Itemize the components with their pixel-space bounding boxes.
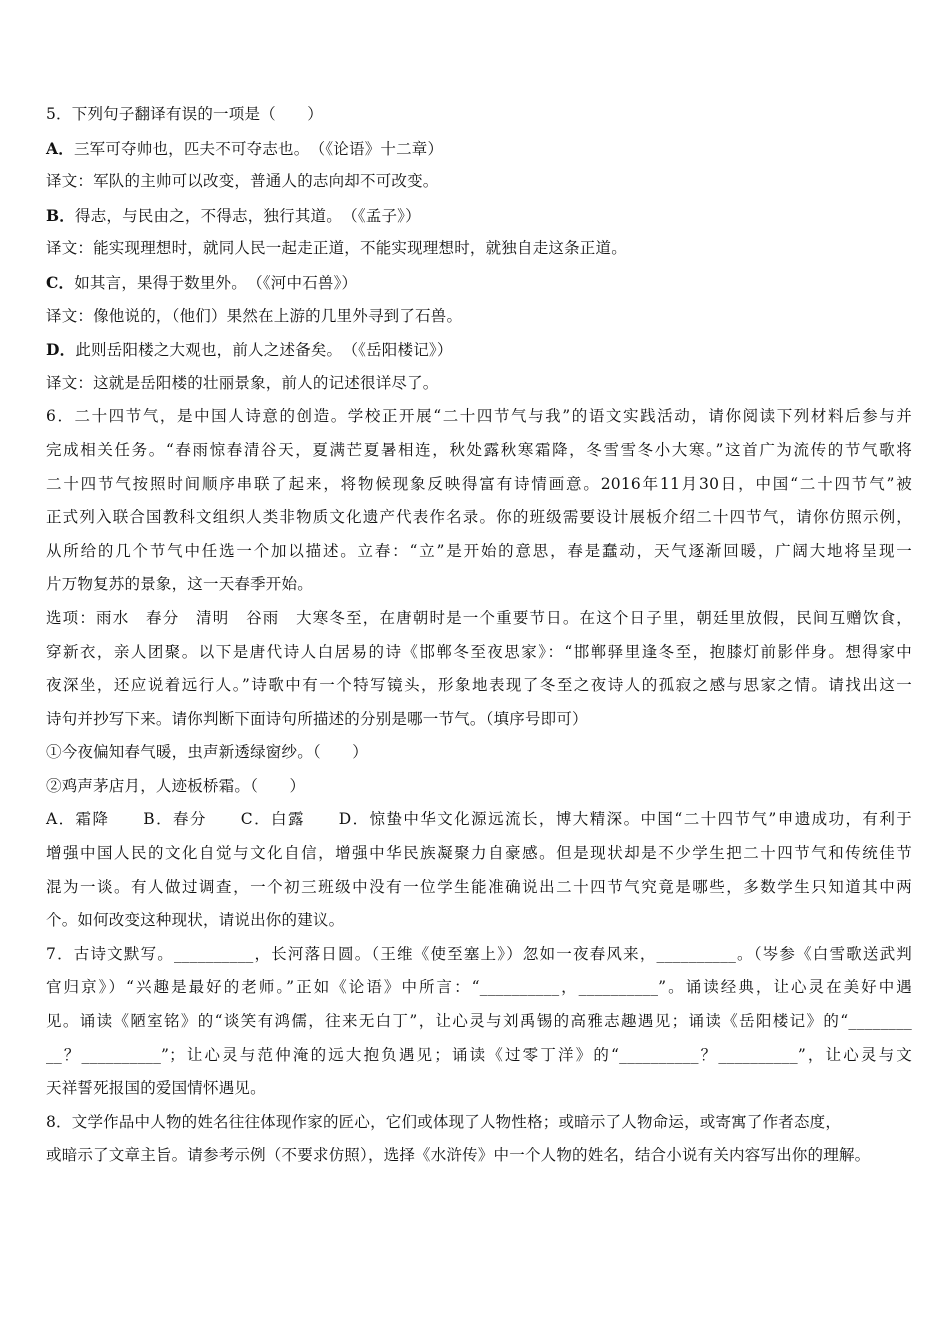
option-letter: D． — [46, 340, 75, 359]
q5-option-b-translation: 译文：能实现理想时，就同人民一起走正道，不能实现理想时，就独自走这条正道。 — [46, 232, 912, 266]
q5-option-c: C．如其言，果得于数里外。 （《河中石兽》） — [46, 266, 912, 300]
q5-stem: 5．下列句子翻译有误的一项是（ ） — [46, 98, 912, 132]
option-letter: C． — [46, 273, 74, 292]
q8-line: 或暗示了文章主旨。请参考示例（不要求仿照），选择《水浒传》中一个人物的姓名，结合… — [46, 1139, 912, 1173]
option-text: 得志，与民由之，不得志，独行其道。 （《孟子》） — [75, 207, 421, 225]
option-letter: A． — [46, 139, 74, 158]
q7-line: __？__________”；让心灵与范仲淹的远大抱负遇见；诵读《过零丁洋》的“… — [46, 1039, 912, 1073]
option-text: 此则岳阳楼之大观也，前人之述备矣。 （《岳阳楼记》） — [75, 341, 452, 359]
q7-line: 官归京》）“兴趣是最好的老师。”正如《论语》中所言：“__________，__… — [46, 971, 912, 1005]
q5-option-c-translation: 译文：像他说的，（他们）果然在上游的几里外寻到了石兽。 — [46, 300, 912, 334]
q6-line: 6．二十四节气，是中国人诗意的创造。学校正开展“二十四节气与我”的语文实践活动，… — [46, 400, 912, 434]
q7-line: 见。诵读《陋室铭》的“谈笑有鸿儒，往来无白丁”，让心灵与刘禹锡的高雅志趣遇见；诵… — [46, 1005, 912, 1039]
q5-option-b: B．得志，与民由之，不得志，独行其道。 （《孟子》） — [46, 199, 912, 233]
q6-line: 片万物复苏的景象，这一天春季开始。 — [46, 568, 912, 602]
q6-line: 正式列入联合国教科文组织人类非物质文化遗产代表作名录。你的班级需要设计展板介绍二… — [46, 501, 912, 535]
q6-line: 个。如何改变这种现状，请说出你的建议。 — [46, 904, 912, 938]
q5-option-a: A．三军可夺帅也，匹夫不可夺志也。 （《论语》十二章） — [46, 132, 912, 166]
q6-line: 选项：雨水 春分 清明 谷雨 大寒冬至，在唐朝时是一个重要节日。在这个日子里，朝… — [46, 602, 912, 636]
q6-poem-2: ②鸡声茅店月，人迹板桥霜。（ ） — [46, 770, 912, 804]
q5-option-d-translation: 译文：这就是岳阳楼的壮丽景象，前人的记述很详尽了。 — [46, 367, 912, 401]
option-letter: B． — [46, 206, 75, 225]
q6-line: 混为一谈。有人做过调查，一个初三班级中没有一位学生能准确说出二十四节气究竟是哪些… — [46, 871, 912, 905]
q8-line: 8．文学作品中人物的姓名往往体现作家的匠心，它们或体现了人物性格；或暗示了人物命… — [46, 1106, 912, 1140]
q6-poem-1: ①今夜偏知春气暖，虫声新透绿窗纱。（ ） — [46, 736, 912, 770]
q6-line: 完成相关任务。“春雨惊春清谷天，夏满芒夏暑相连，秋处露秋寒霜降，冬雪雪冬小大寒。… — [46, 434, 912, 468]
q5-option-a-translation: 译文：军队的主帅可以改变，普通人的志向却不可改变。 — [46, 165, 912, 199]
q5-option-d: D．此则岳阳楼之大观也，前人之述备矣。 （《岳阳楼记》） — [46, 333, 912, 367]
q7-line: 7．古诗文默写。__________，长河落日圆。（王维《使至塞上》）忽如一夜春… — [46, 938, 912, 972]
option-text: 如其言，果得于数里外。 （《河中石兽》） — [74, 274, 357, 292]
q7-line: 天祥誓死报国的爱国情怀遇见。 — [46, 1072, 912, 1106]
option-text: 三军可夺帅也，匹夫不可夺志也。 （《论语》十二章） — [74, 140, 443, 158]
q6-line: 从所给的几个节气中任选一个加以描述。立春：“立”是开始的意思，春是蠢动，天气逐渐… — [46, 535, 912, 569]
q6-line: 穿新衣，亲人团聚。以下是唐代诗人白居易的诗《邯郸冬至夜思家》：“邯郸驿里逢冬至，… — [46, 636, 912, 670]
q6-line: 增强中国人民的文化自觉与文化自信，增强中华民族凝聚力自豪感。但是现状却是不少学生… — [46, 837, 912, 871]
q6-line: 二十四节气按照时间顺序串联了起来，将物候现象反映得富有诗情画意。2016年11月… — [46, 468, 912, 502]
q6-line: A．霜降 B．春分 C．白露 D．惊蛰中华文化源远流长，博大精深。中国“二十四节… — [46, 803, 912, 837]
q6-line: 夜深坐，还应说着远行人。”诗歌中有一个特写镜头，形象地表现了冬至之夜诗人的孤寂之… — [46, 669, 912, 703]
exam-page: 5．下列句子翻译有误的一项是（ ） A．三军可夺帅也，匹夫不可夺志也。 （《论语… — [46, 98, 912, 1173]
q6-line: 诗句并抄写下来。请你判断下面诗句所描述的分别是哪一节气。（填序号即可） — [46, 703, 912, 737]
